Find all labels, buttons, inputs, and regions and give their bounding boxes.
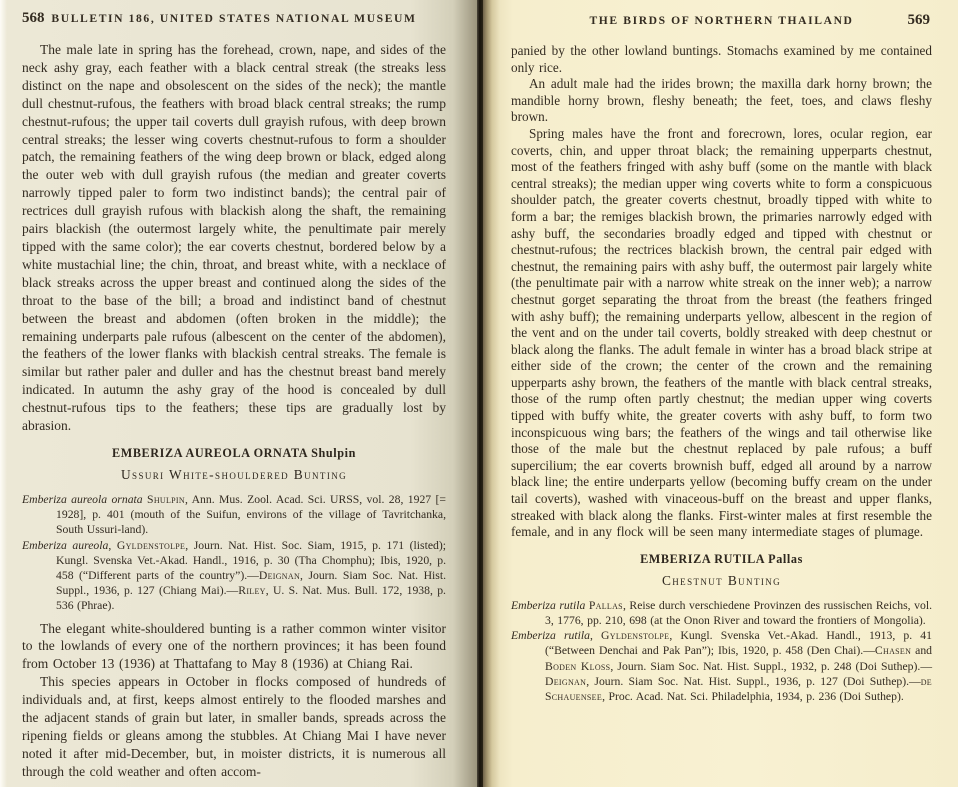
book-spread: 568 BULLETIN 186, UNITED STATES NATIONAL… xyxy=(0,0,958,787)
running-head-right: THE BIRDS OF NORTHERN THAILAND 569 xyxy=(511,12,932,30)
common-name-rutila: Chestnut Bunting xyxy=(511,573,932,589)
synonymy-rutila: Emberiza rutila Pallas, Reise durch vers… xyxy=(511,598,932,704)
body-paragraph: The elegant white-shouldered bunting is … xyxy=(22,620,446,674)
body-paragraph: Spring males have the front and forecrow… xyxy=(511,126,932,541)
running-head-left: 568 BULLETIN 186, UNITED STATES NATIONAL… xyxy=(22,10,446,28)
running-title-left: BULLETIN 186, UNITED STATES NATIONAL MUS… xyxy=(22,12,446,25)
page-number-right: 569 xyxy=(908,12,931,29)
common-name-aureola: Ussuri White-shouldered Bunting xyxy=(22,467,446,483)
body-paragraph: This species appears in October in flock… xyxy=(22,673,446,780)
species-heading-rutila: EMBERIZA RUTILA Pallas xyxy=(511,552,932,567)
body-paragraph: panied by the other lowland buntings. St… xyxy=(511,43,932,76)
citation-entry: Emberiza aureola ornata Shulpin, Ann. Mu… xyxy=(22,492,446,538)
citation-entry: Emberiza rutila Pallas, Reise durch vers… xyxy=(511,598,932,628)
citation-entry: Emberiza rutila, Gyldenstolpe, Kungl. Sv… xyxy=(511,628,932,704)
species-heading-aureola: EMBERIZA AUREOLA ORNATA Shulpin xyxy=(22,446,446,461)
right-page: THE BIRDS OF NORTHERN THAILAND 569 panie… xyxy=(483,0,958,787)
left-page: 568 BULLETIN 186, UNITED STATES NATIONAL… xyxy=(0,0,477,787)
body-paragraph: An adult male had the irides brown; the … xyxy=(511,76,932,126)
body-paragraph: The male late in spring has the forehead… xyxy=(22,41,446,435)
citation-entry: Emberiza aureola, Gyldenstolpe, Journ. N… xyxy=(22,538,446,614)
running-title-right: THE BIRDS OF NORTHERN THAILAND xyxy=(511,14,932,27)
synonymy-aureola: Emberiza aureola ornata Shulpin, Ann. Mu… xyxy=(22,492,446,614)
